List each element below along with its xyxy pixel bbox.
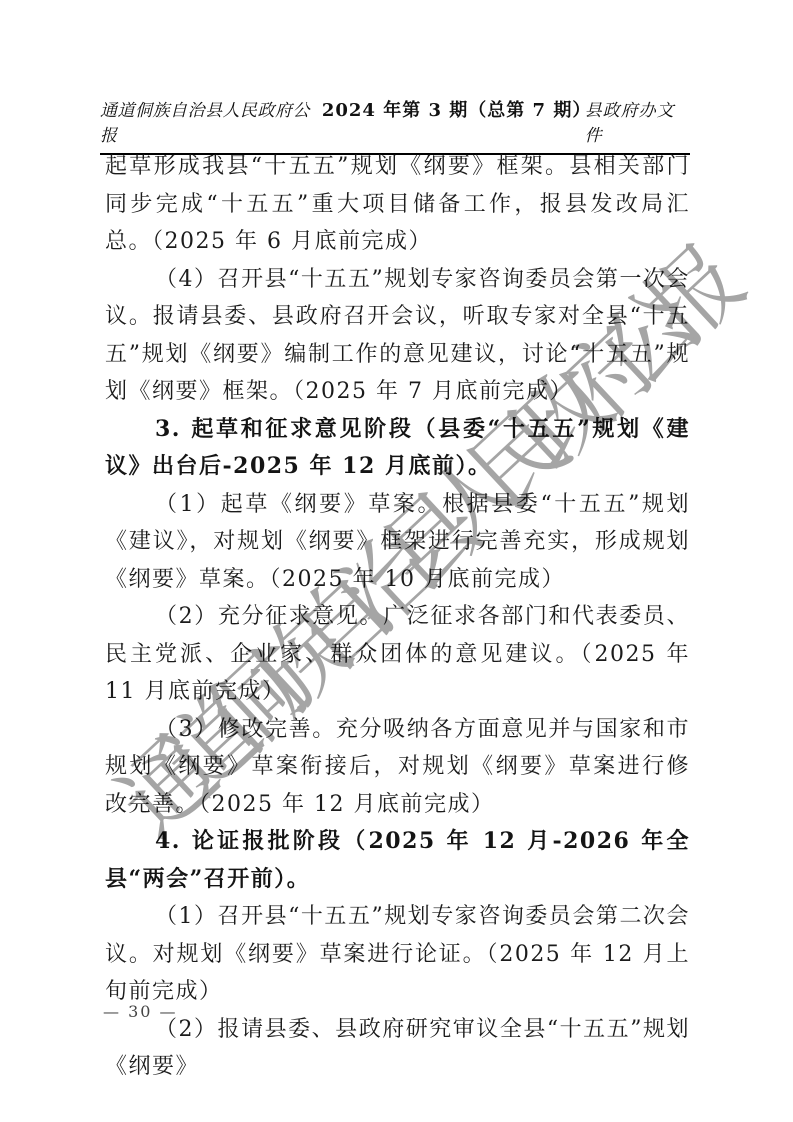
header-issue-info: 2024 年第 3 期（总第 7 期）: [322, 96, 585, 122]
paragraph-item-2: （2）充分征求意见。广泛征求各部门和代表委员、民主党派、企业家、群众团体的意见建…: [105, 598, 690, 711]
paragraph-continuation: 起草形成我县“十五五”规划《纲要》框架。县相关部门同步完成“十五五”重大项目储备…: [105, 148, 690, 261]
page-number: — 30 —: [103, 1002, 178, 1021]
paragraph-item-1: （1）起草《纲要》草案。根据县委“十五五”规划《建议》，对规划《纲要》框架进行完…: [105, 486, 690, 599]
section-heading-4: 4. 论证报批阶段（2025 年 12 月-2026 年全县“两会”召开前）。: [105, 823, 690, 898]
paragraph-item-4: （4）召开县“十五五”规划专家咨询委员会第一次会议。报请县委、县政府召开会议，听…: [105, 261, 690, 411]
document-page: 通道侗族自治县人民政府公报 2024 年第 3 期（总第 7 期） 县政府办文件…: [0, 0, 793, 1122]
paragraph-item-2b: （2）报请县委、县政府研究审议全县“十五五”规划《纲要》: [105, 1011, 690, 1086]
header-publication-title: 通道侗族自治县人民政府公报: [100, 96, 322, 146]
document-body: 起草形成我县“十五五”规划《纲要》框架。县相关部门同步完成“十五五”重大项目储备…: [105, 148, 690, 1086]
page-header: 通道侗族自治县人民政府公报 2024 年第 3 期（总第 7 期） 县政府办文件: [100, 96, 690, 155]
header-doc-category: 县政府办文件: [585, 96, 690, 146]
section-heading-3: 3. 起草和征求意见阶段（县委“十五五”规划《建议》出台后-2025 年 12 …: [105, 411, 690, 486]
paragraph-item-3: （3）修改完善。充分吸纳各方面意见并与国家和市规划《纲要》草案衔接后，对规划《纲…: [105, 711, 690, 824]
paragraph-item-1b: （1）召开县“十五五”规划专家咨询委员会第二次会议。对规划《纲要》草案进行论证。…: [105, 898, 690, 1011]
